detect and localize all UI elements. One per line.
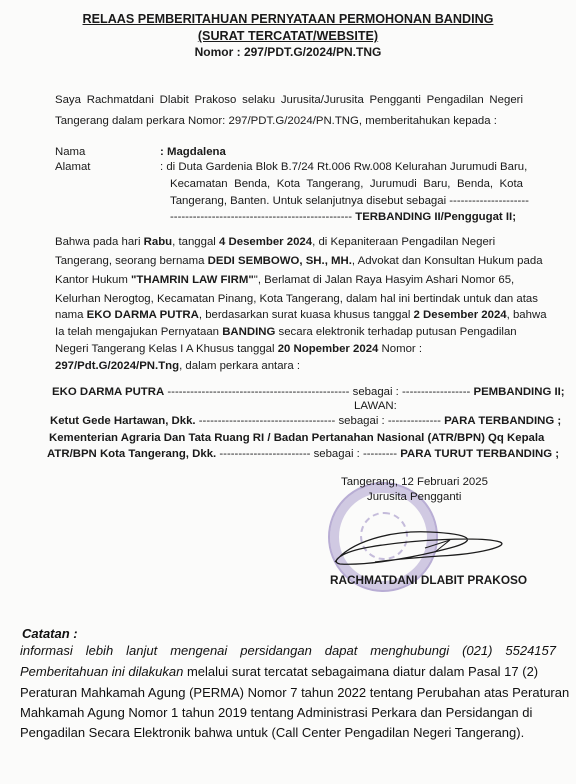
notes-line-2: Pemberitahuan ini dilakukan melalui sura… — [20, 664, 538, 679]
party-co-respondents-line-2: ATR/BPN Kota Tangerang, Dkk. -----------… — [47, 448, 559, 460]
power-of-attorney-date: 2 Desember 2024 — [414, 309, 507, 321]
intro-line-2: Tangerang dalam perkara Nomor: 297/PDT.G… — [55, 115, 497, 127]
statement-line-5: nama EKO DARMA PUTRA, berdasarkan surat … — [55, 309, 547, 321]
statement-line-7: Negeri Tangerang Kelas I A Khusus tangga… — [55, 343, 422, 355]
statement-line-3: Kantor Hukum "THAMRIN LAW FIRM"", Berlam… — [55, 274, 514, 286]
text: Tangerang, seorang bernama — [55, 255, 208, 267]
text: Bahwa pada hari — [55, 236, 144, 248]
party-name: Ketut Gede Hartawan, Dkk. — [50, 415, 196, 427]
statement-line-8: 297/Pdt.G/2024/PN.Tng, dalam perkara ant… — [55, 360, 300, 372]
client-name: EKO DARMA PUTRA — [87, 309, 199, 321]
day: Rabu — [144, 236, 172, 248]
text: Ia telah mengajukan Pernyataan — [55, 326, 222, 338]
document-page: RELAAS PEMBERITAHUAN PERNYATAAN PERMOHON… — [0, 0, 576, 784]
text: ------------------------------------ seb… — [196, 415, 445, 427]
party-appellant: EKO DARMA PUTRA ------------------------… — [52, 386, 565, 398]
alamat-label: Alamat — [55, 161, 90, 173]
law-firm: "THAMRIN LAW FIRM" — [131, 274, 254, 286]
text: melalui surat tercatat sebagaimana diatu… — [183, 664, 538, 679]
statement-line-4: Kelurhan Nerogtog, Kecamatan Pinang, Kot… — [55, 293, 538, 305]
party-role: PEMBANDING II; — [473, 386, 564, 398]
signature-place-date: Tangerang, 12 Februari 2025 — [341, 476, 488, 488]
signatory-name: RACHMATDANI DLABIT PRAKOSO — [330, 573, 527, 587]
filing-date: 4 Desember 2024 — [219, 236, 312, 248]
intro-line-1: Saya Rachmatdani Dlabit Prakoso selaku J… — [55, 94, 523, 106]
dash-filler: ----------------------------------------… — [170, 211, 355, 223]
alamat-line-1: : di Duta Gardenia Blok B.7/24 Rt.006 Rw… — [160, 161, 527, 173]
text: ", Berlamat di Jalan Raya Hasyim Ashari … — [254, 274, 514, 286]
text: Negeri Tangerang Kelas I A Khusus tangga… — [55, 343, 278, 355]
party-name: ATR/BPN Kota Tangerang, Dkk. — [47, 448, 216, 460]
party-respondents: Ketut Gede Hartawan, Dkk. --------------… — [50, 415, 561, 427]
text: , bahwa — [507, 309, 547, 321]
statement-line-6: Ia telah mengajukan Pernyataan BANDING s… — [55, 326, 517, 338]
verdict-date: 20 Nopember 2024 — [278, 343, 379, 355]
text: Kantor Hukum — [55, 274, 131, 286]
recipient-role: TERBANDING II/Penggugat II; — [355, 211, 516, 223]
banding-keyword: BANDING — [222, 326, 275, 338]
text: , tanggal — [172, 236, 219, 248]
text: , Advokat dan Konsultan Hukum pada — [352, 255, 543, 267]
text: secara elektronik terhadap putusan Penga… — [275, 326, 516, 338]
document-number: Nomor : 297/PDT.G/2024/PN.TNG — [0, 45, 576, 59]
notes-line-4: Mahkamah Agung Nomor 1 tahun 2019 tentan… — [20, 705, 532, 720]
text: Pemberitahuan — [20, 664, 112, 679]
document-subtitle: (SURAT TERCATAT/WEBSITE) — [0, 29, 576, 43]
text: , berdasarkan surat kuasa khusus tanggal — [199, 309, 414, 321]
party-co-respondents-line-1: Kementerian Agraria Dan Tata Ruang RI / … — [49, 432, 544, 444]
signature-scribble-icon — [330, 522, 510, 572]
signature-position: Jurusita Pengganti — [367, 491, 461, 503]
text: ----------------------------------------… — [164, 386, 473, 398]
nama-label: Nama — [55, 146, 85, 158]
text: ini dilakukan — [112, 664, 184, 679]
case-number: 297/Pdt.G/2024/PN.Tng — [55, 360, 179, 372]
advocate-name: DEDI SEMBOWO, SH., MH. — [208, 255, 352, 267]
alamat-line-3: Tangerang, Banten. Untuk selanjutnya dis… — [170, 195, 529, 207]
alamat-line-4: ----------------------------------------… — [170, 211, 516, 223]
text: Nomor : — [378, 343, 422, 355]
statement-line-1: Bahwa pada hari Rabu, tanggal 4 Desember… — [55, 236, 495, 248]
nama-value: : Magdalena — [160, 146, 226, 158]
document-title: RELAAS PEMBERITAHUAN PERNYATAAN PERMOHON… — [0, 12, 576, 26]
text: ------------------------ sebagai : -----… — [216, 448, 400, 460]
text: , di Kepaniteraan Pengadilan Negeri — [312, 236, 495, 248]
notes-line-5: Pengadilan Secara Elektronik bahwa untuk… — [20, 725, 524, 740]
alamat-line-2: Kecamatan Benda, Kota Tangerang, Jurumud… — [170, 178, 523, 190]
notes-line-3: Peraturan Mahkamah Agung (PERMA) Nomor 7… — [20, 685, 569, 700]
notes-heading: Catatan : — [22, 626, 78, 641]
notes-line-1: informasi lebih lanjut mengenai persidan… — [20, 643, 556, 658]
party-name: EKO DARMA PUTRA — [52, 386, 164, 398]
text: , dalam perkara antara : — [179, 360, 300, 372]
party-role: PARA TURUT TERBANDING ; — [400, 448, 559, 460]
text: nama — [55, 309, 87, 321]
party-role: PARA TERBANDING ; — [444, 415, 561, 427]
lawan-label: LAWAN: — [354, 400, 397, 412]
statement-line-2: Tangerang, seorang bernama DEDI SEMBOWO,… — [55, 255, 543, 267]
